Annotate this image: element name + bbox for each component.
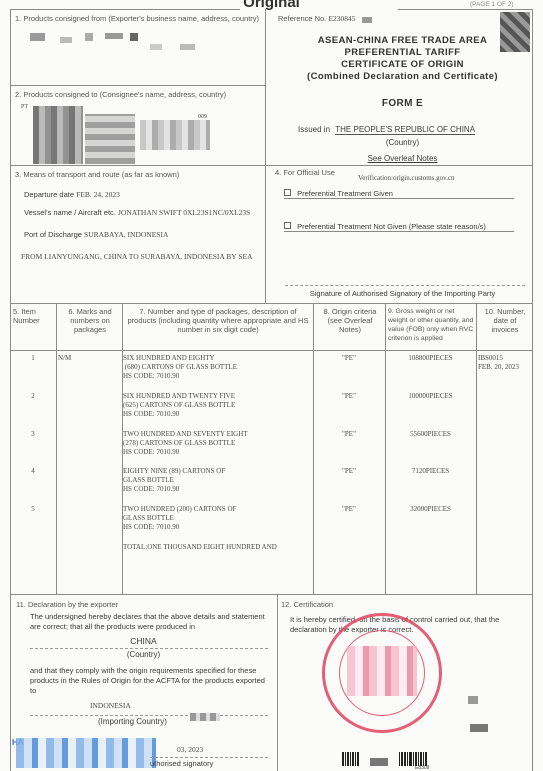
description-line: TWO HUNDRED (200) CARTONS OF	[123, 505, 236, 514]
origin-criteria: "PE"	[313, 354, 385, 363]
departure-label: Departure date	[24, 190, 74, 199]
exporter-signature-redacted	[16, 738, 156, 768]
item-number: 1	[10, 354, 56, 363]
description-line: GLASS BOTTLE	[123, 476, 174, 485]
description-line: (278) CARTONS OF GLASS BOTTLE	[123, 439, 235, 448]
box1-label: 1. Products consigned from (Exporter's b…	[15, 14, 260, 23]
page-indicator: (PAGE 1 OF 2)	[470, 1, 514, 8]
importing-signature-caption: Signature of Authorised Signatory of the…	[275, 289, 530, 298]
quantity: 100000PIECES	[385, 392, 476, 401]
description-line: HS CODE: 7010.90	[123, 410, 179, 419]
issued-label: Issued in	[298, 125, 330, 134]
checkbox-treatment-given[interactable]	[284, 189, 291, 196]
verification-url: Verification:origin.customs.gov.cn	[358, 174, 455, 182]
description-line: HS CODE: 7010.90	[123, 523, 179, 532]
description-line: SIX HUNDRED AND TWENTY FIVE	[123, 392, 235, 401]
departure-value: FEB. 24, 2023	[76, 190, 120, 199]
declaration-country: CHINA	[10, 636, 277, 646]
consignee-partial: PT	[21, 104, 28, 110]
header-item-number: 5. Item Number	[13, 307, 55, 325]
departure-date: Departure date FEB. 24, 2023	[24, 190, 120, 199]
option2-label: Preferential Treatment Not Given (Please…	[297, 222, 486, 231]
cert-title-line3: CERTIFICATE OF ORIGIN	[275, 59, 530, 71]
description-line: HS CODE: 7010.90	[123, 448, 179, 457]
route: FROM LIANYUNGANG, CHINA TO SURABAYA, IND…	[21, 252, 261, 261]
port-value: SURABAYA, INDONESIA	[84, 230, 168, 239]
reference-label: Reference No.	[278, 14, 326, 23]
description-line: GLASS BOTTLE	[123, 514, 174, 523]
cert-title-line1: ASEAN-CHINA FREE TRADE AREA	[275, 35, 530, 47]
option-treatment-not-given[interactable]: Preferential Treatment Not Given (Please…	[284, 222, 514, 232]
description-line: HS CODE: 7010.90	[123, 372, 179, 381]
origin-criteria: "PE"	[313, 392, 385, 401]
description-line: (680) CARTONS OF GLASS BOTTLE	[123, 363, 237, 372]
description-line: EIGHTY NINE (89) CARTONS OF	[123, 467, 225, 476]
reference-number: Reference No. E230845	[278, 14, 356, 23]
form-name: FORM E	[275, 98, 530, 110]
port-label: Port of Discharge	[24, 230, 82, 239]
box11-label: 11. Declaration by the exporter	[16, 600, 118, 609]
issued-in: Issued in THE PEOPLE'S REPUBLIC OF CHINA	[298, 125, 475, 134]
header-origin-criteria: 8. Origin criteria (see Overleaf Notes)	[316, 307, 384, 334]
header-marks: 6. Marks and numbers on packages	[59, 307, 121, 334]
cert-title-line2: PREFERENTIAL TARIFF	[275, 47, 530, 59]
header-description: 7. Number and type of packages, descript…	[125, 307, 311, 334]
option-treatment-given[interactable]: Preferential Treatment Given	[284, 189, 514, 199]
description-line: (625) CARTONS OF GLASS BOTTLE	[123, 401, 235, 410]
description-line: TWO HUNDRED AND SEVENTY EIGHT	[123, 430, 248, 439]
customs-stamp	[322, 613, 442, 733]
importing-country: INDONESIA	[90, 701, 131, 710]
item-number: 5	[10, 505, 56, 514]
vessel-label: Vessel's name / Aircraft etc.	[24, 208, 116, 217]
description-line: HS CODE: 7010.90	[123, 485, 179, 494]
header-quantity: 9. Gross weight or net weight or other q…	[388, 307, 475, 343]
item-number: 2	[10, 392, 56, 401]
exporter-redacted	[30, 33, 45, 41]
box3-label: 3. Means of transport and route (as far …	[15, 170, 179, 179]
cert-title-line4: (Combined Declaration and Certificate)	[275, 71, 530, 83]
importing-country-caption: (Importing Country)	[98, 717, 167, 726]
box2-label: 2. Products consigned to (Consignee's na…	[15, 90, 265, 99]
quantity: 7120PIECES	[385, 467, 476, 476]
origin-criteria: "PE"	[313, 505, 385, 514]
authorised-signatory-caption: uthorised signatory	[150, 759, 213, 768]
vessel-name: Vessel's name / Aircraft etc. JONATHAN S…	[24, 208, 272, 217]
box12-label: 12. Certification	[281, 600, 333, 609]
declaration-date: 03, 2023	[177, 745, 203, 754]
declaration-country-caption: (Country)	[10, 650, 277, 659]
item-number: 3	[10, 430, 56, 439]
consignee-redacted	[33, 106, 83, 164]
invoice-number: IBS0015	[478, 354, 503, 363]
origin-criteria: "PE"	[313, 430, 385, 439]
vessel-value: JONATHAN SWIFT 0XL23S1NC/0XL23S	[118, 208, 250, 217]
description-line: SIX HUNDRED AND EIGHTY	[123, 354, 215, 363]
marks-value: N/M	[58, 354, 71, 363]
quantity: 55600PIECES	[385, 430, 476, 439]
total-text: TOTAL:ONE THOUSAND EIGHT HUNDRED AND	[123, 543, 277, 552]
see-overleaf-notes[interactable]: See Overleaf Notes	[275, 154, 530, 163]
barcode-number: E8309	[415, 765, 429, 771]
port-of-discharge: Port of Discharge SURABAYA, INDONESIA	[24, 230, 168, 239]
declaration-compliance-text: and that they comply with the origin req…	[30, 666, 268, 696]
certificate-title: ASEAN-CHINA FREE TRADE AREA PREFERENTIAL…	[275, 35, 530, 83]
reference-value: E230845	[328, 14, 355, 23]
issued-value: THE PEOPLE'S REPUBLIC OF CHINA	[335, 125, 475, 135]
origin-criteria: "PE"	[313, 467, 385, 476]
box4-label: 4. For Official Use	[275, 168, 335, 177]
quantity: 32000PIECES	[385, 505, 476, 514]
checkbox-treatment-not-given[interactable]	[284, 222, 291, 229]
quantity: 108800PIECES	[385, 354, 476, 363]
declaration-text: The undersigned hereby declares that the…	[30, 612, 268, 632]
header-invoices: 10. Number, date of invoices	[479, 307, 531, 334]
invoice-date: FEB. 20, 2023	[478, 363, 519, 372]
option1-label: Preferential Treatment Given	[297, 189, 393, 198]
issued-country-caption: (Country)	[275, 138, 530, 147]
item-number: 4	[10, 467, 56, 476]
